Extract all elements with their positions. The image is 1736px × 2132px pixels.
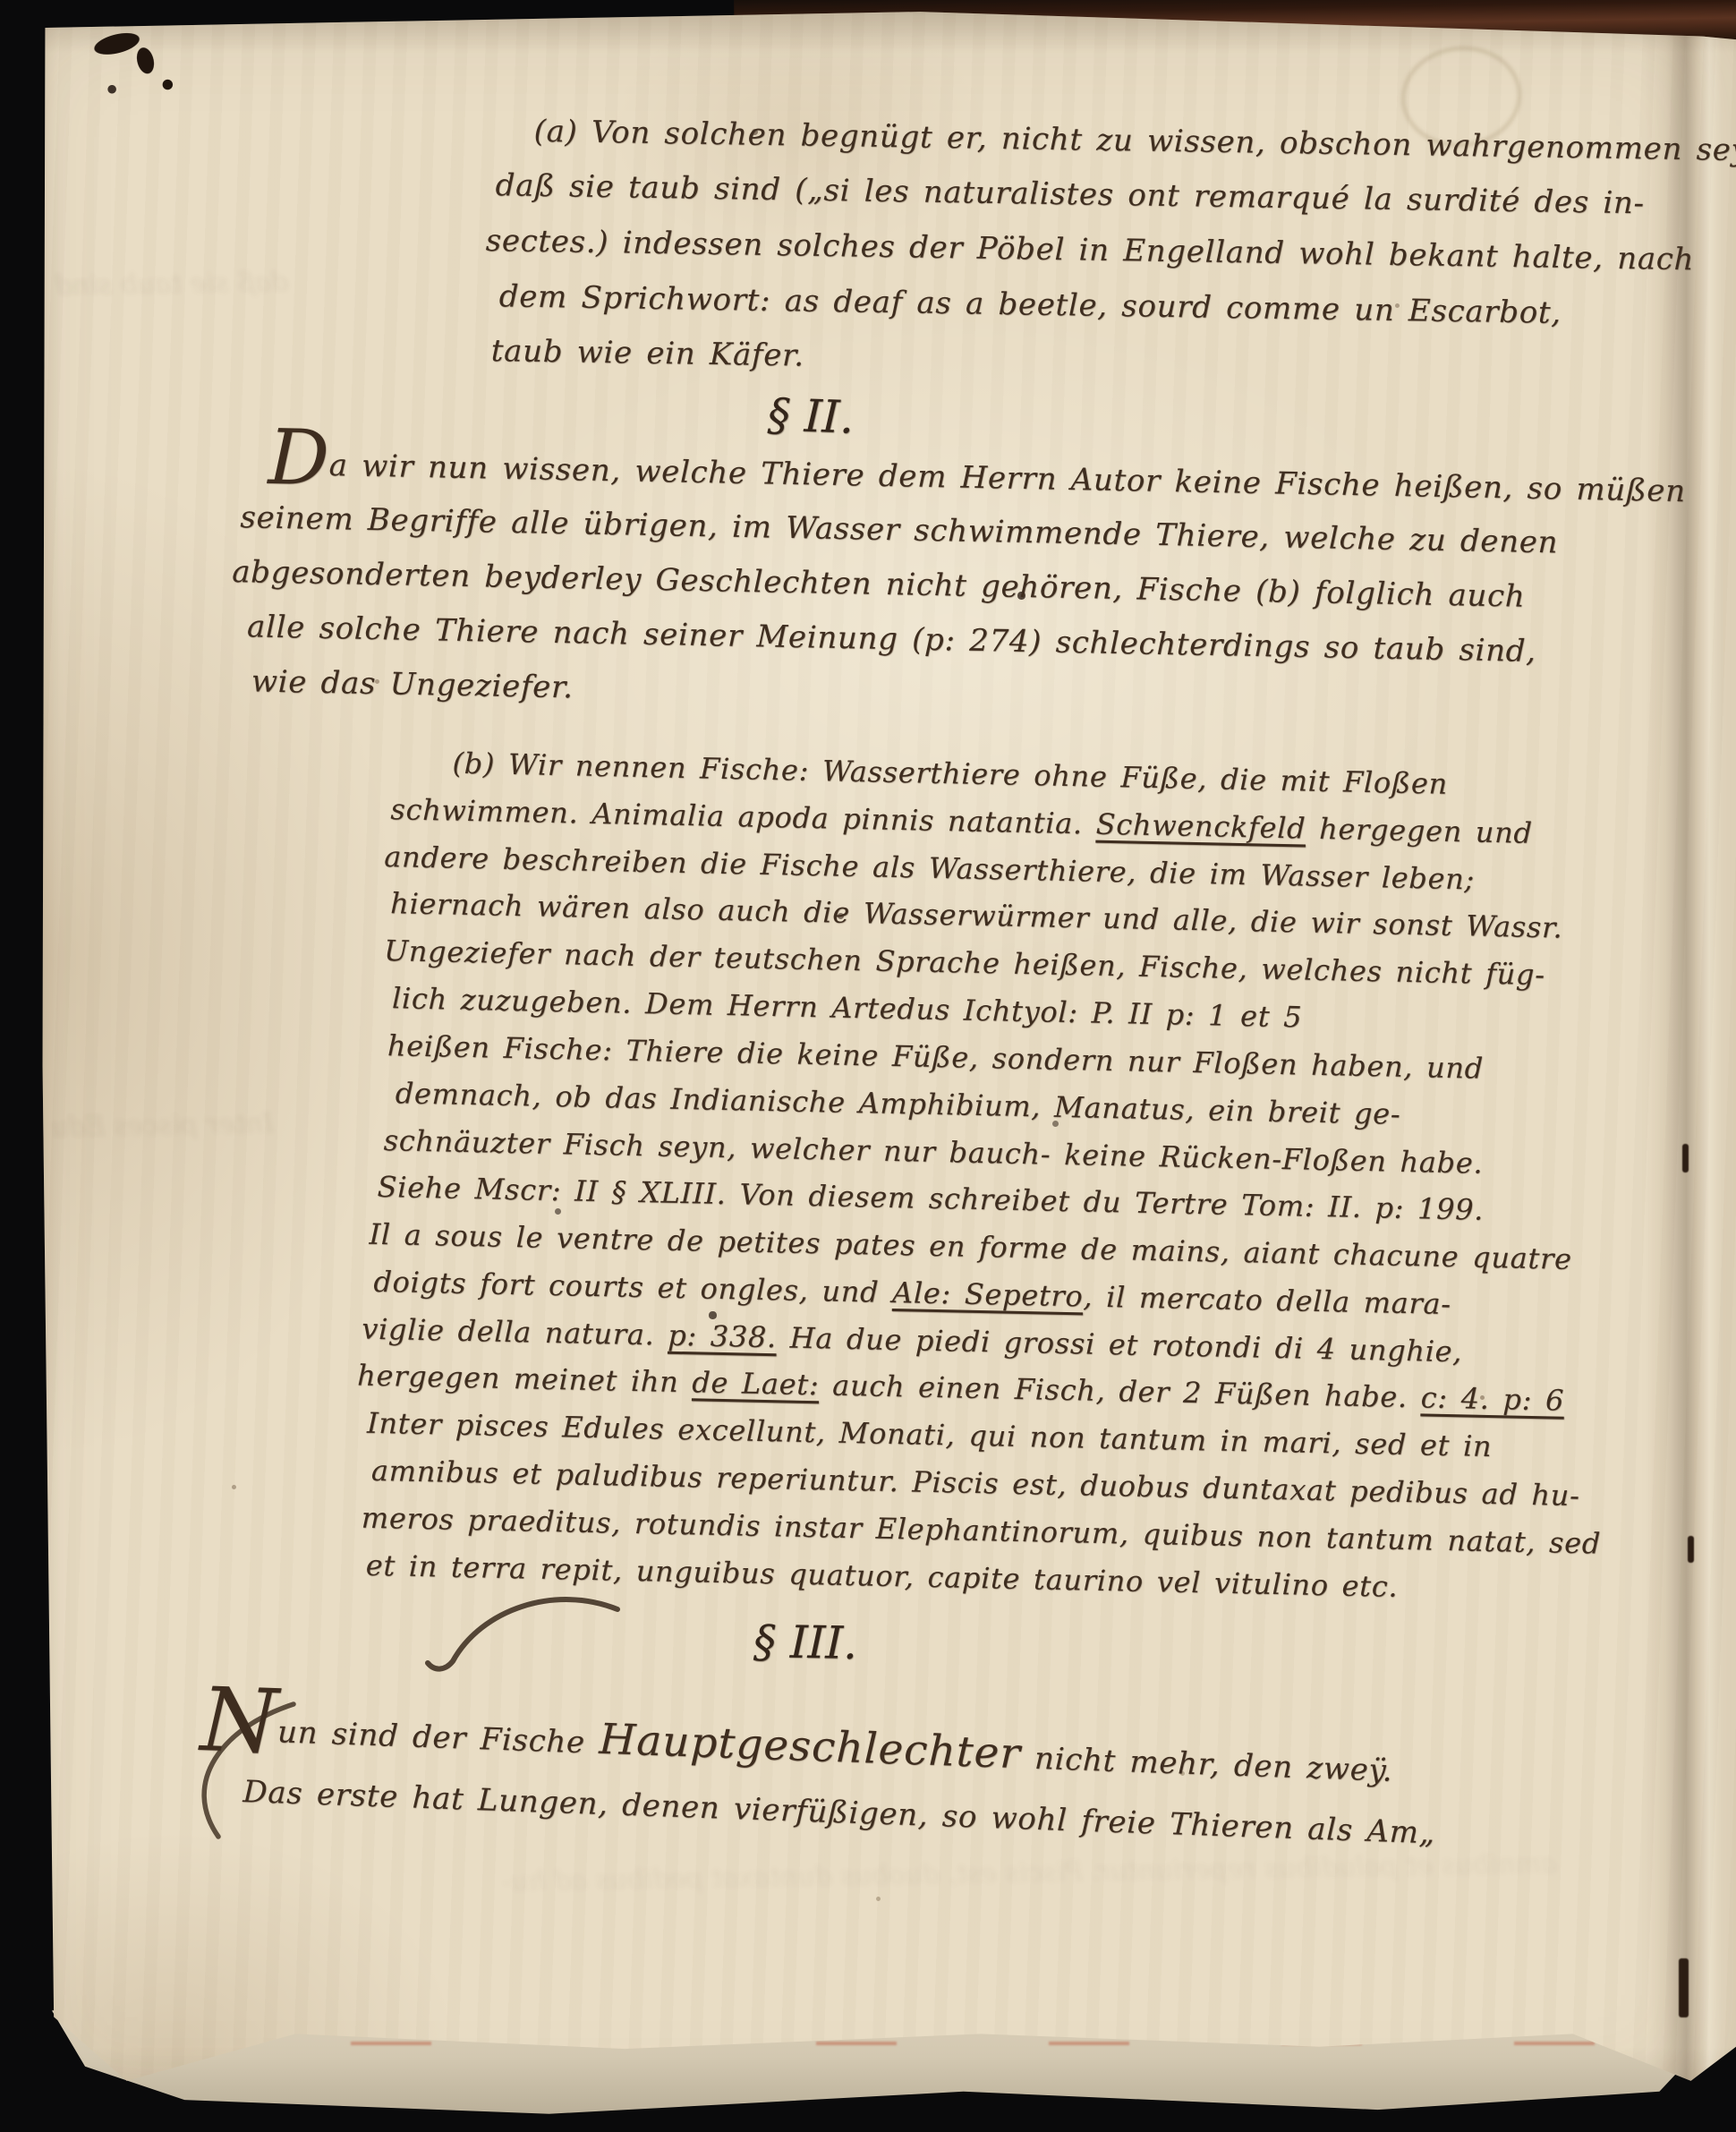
line-text: Ha due piedi grossi et rotondi di 4 ungh…	[777, 1320, 1463, 1369]
manuscript-line: doigts fort courts et ongles, und Ale: S…	[373, 1265, 1451, 1321]
line-text: hergegen meinet ihn	[357, 1358, 693, 1399]
underlined-text: Ale: Sepetro	[892, 1275, 1084, 1313]
manuscript-line: lich zuzugeben. Dem Herrn Artedus Ichtyo…	[392, 981, 1303, 1034]
line-text: auch einen Fisch, der 2 Füßen habe.	[819, 1368, 1421, 1414]
manuscript-line: (b) Wir nennen Fische: Wasserthiere ohne…	[452, 746, 1448, 801]
line-text: viglie della natura.	[362, 1312, 668, 1352]
manuscript-line: abgesonderten beyderley Geschlechten nic…	[232, 554, 1526, 615]
manuscript-line: Siehe Mscr: II § XLIII. Von diesem schre…	[377, 1170, 1484, 1227]
manuscript-line: viglie della natura. p: 338. Ha due pied…	[362, 1312, 1463, 1369]
underlined-text: c: 4. p: 6	[1420, 1380, 1564, 1417]
manuscript-line: hiernach wären also auch die Wasserwürme…	[390, 886, 1563, 944]
manuscript-line: Inter pisces Edules excellunt, Monati, q…	[367, 1406, 1493, 1463]
line-text: schwimmen. Animalia apoda pinnis natanti…	[390, 792, 1096, 841]
manuscript-scan: daß sie taub sind („si les naturalistes …	[0, 0, 1736, 2132]
binding-stitch	[1688, 1536, 1694, 1563]
line-text: doigts fort courts et ongles, und	[373, 1265, 893, 1309]
show-through-ghost: Inter pisces Edules excellunt, Monati, q…	[50, 1108, 275, 1143]
initial-letter: N	[199, 1668, 279, 1774]
gutter-crease	[1645, 0, 1722, 2132]
show-through-ghost: amnibus et paludibus reperiuntur. Piscis…	[501, 1848, 1557, 1898]
ink-blot	[79, 4, 196, 115]
show-through-ghost: daß sie taub sind („si les naturalistes …	[47, 267, 289, 303]
ink-specks	[0, 0, 3, 3]
line-text: , il mercato della mara-	[1083, 1279, 1451, 1321]
initial-letter: D	[268, 414, 330, 503]
binding-stitch	[1679, 1958, 1689, 2017]
manuscript-line: taub wie ein Käfer.	[491, 333, 805, 373]
line-text: nicht mehr, den zweÿ.	[1020, 1740, 1393, 1788]
manuscript-line: Da wir nun wissen, welche Thiere dem Her…	[268, 447, 1686, 509]
section-heading-ii: § II.	[767, 388, 855, 443]
manuscript-line: (a) Von solchen begnügt er, nicht zu wis…	[533, 114, 1736, 168]
manuscript-line: schnäuzter Fisch seyn, welcher nur bauch…	[383, 1123, 1483, 1181]
line-text: hergegen und	[1306, 812, 1533, 850]
paper-sheet: daß sie taub sind („si les naturalistes …	[0, 0, 1736, 2132]
underlined-text: p: 338.	[668, 1318, 777, 1355]
binding-stitch	[1682, 1144, 1689, 1173]
emphasized-word: Hauptgeschlechter	[599, 1715, 1022, 1778]
manuscript-line: sectes.) indessen solches der Pöbel in E…	[485, 223, 1694, 277]
manuscript-line: alle solche Thiere nach seiner Meinung (…	[247, 609, 1536, 669]
manuscript-line: wie das Ungeziefer.	[251, 663, 574, 705]
manuscript-line: schwimmen. Animalia apoda pinnis natanti…	[390, 792, 1533, 850]
section-heading-iii: § III.	[753, 1616, 858, 1669]
manuscript-line: dem Sprichwort: as deaf as a beetle, sou…	[498, 278, 1562, 331]
line-text: a wir nun wissen, welche Thiere dem Herr…	[328, 448, 1686, 509]
manuscript-line: Ungeziefer nach der teutschen Sprache he…	[384, 934, 1545, 992]
underlined-text: de Laet:	[692, 1365, 820, 1402]
underlined-text: Schwenckfeld	[1095, 807, 1306, 846]
line-text: un sind der Fische	[277, 1714, 600, 1761]
manuscript-line: heißen Fische: Thiere die keine Füße, so…	[387, 1028, 1485, 1086]
manuscript-line: seinem Begriffe alle übrigen, im Wasser …	[240, 499, 1559, 560]
pen-flourish	[419, 1577, 625, 1676]
manuscript-line: andere beschreiben die Fische als Wasser…	[384, 840, 1475, 897]
manuscript-line: daß sie taub sind („si les naturalistes …	[495, 167, 1645, 221]
manuscript-line: demnach, ob das Indianische Amphibium, M…	[395, 1076, 1400, 1131]
